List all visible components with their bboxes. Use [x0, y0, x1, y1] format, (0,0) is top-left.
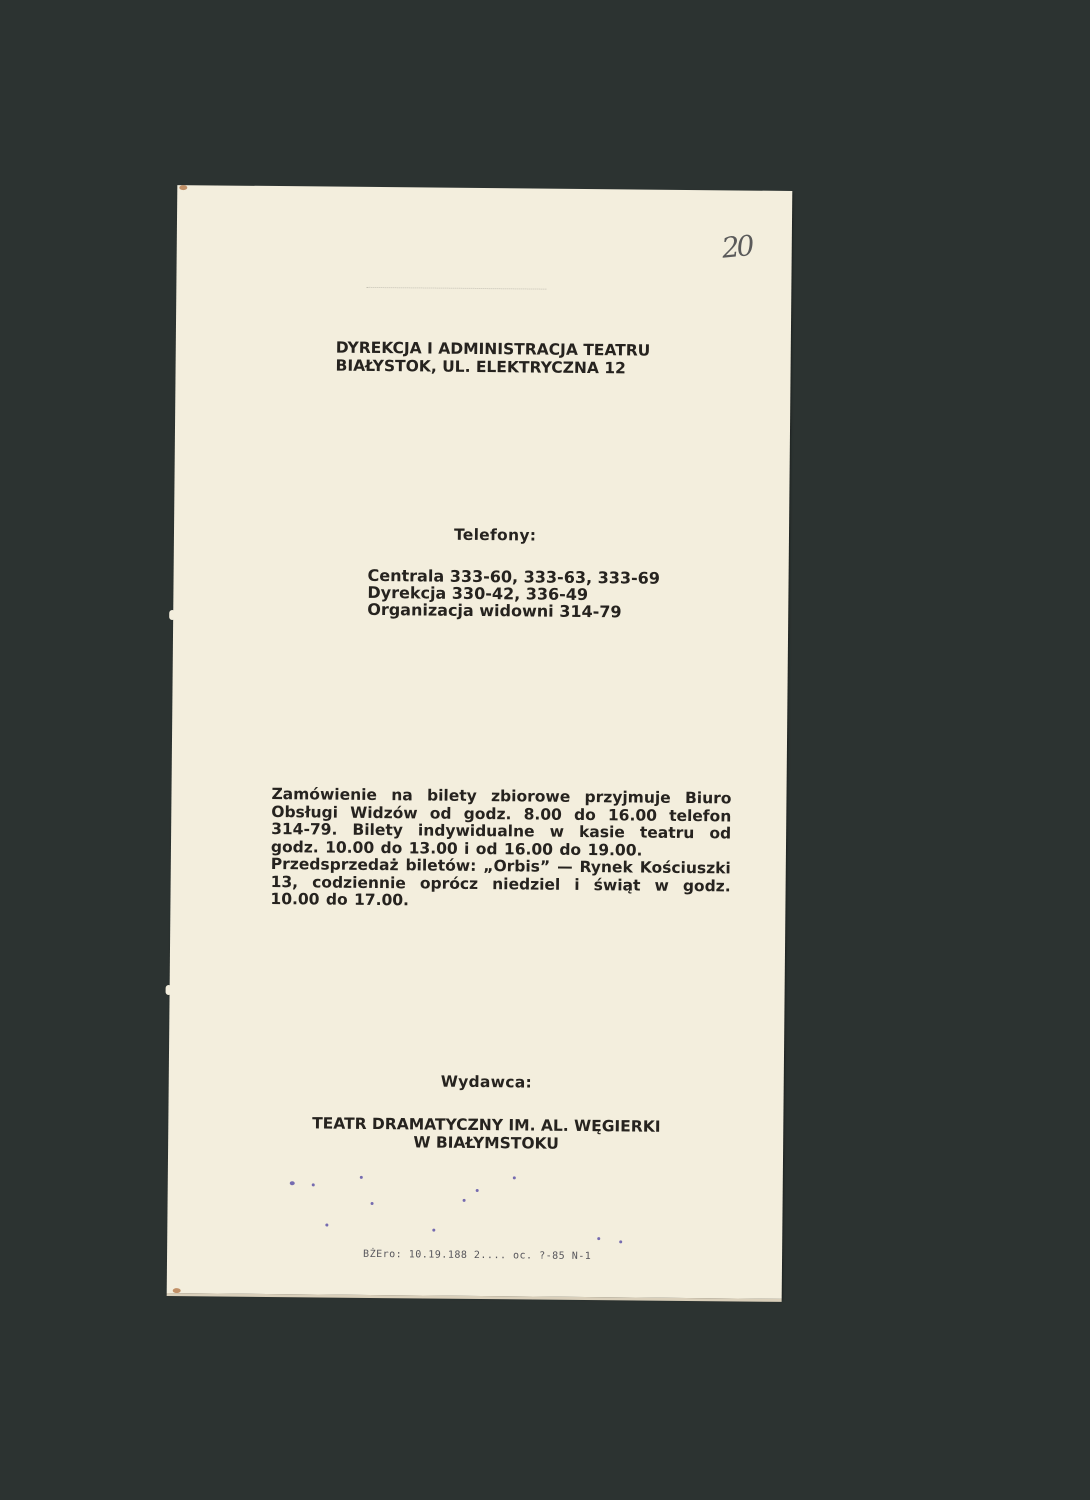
stamp-speck: [432, 1229, 435, 1232]
administration-heading: DYREKCJA I ADMINISTRACJA TEATRU BIAŁYSTO…: [336, 339, 651, 378]
corner-stain: [173, 1288, 181, 1293]
stamp-speck: [597, 1237, 600, 1240]
phones-list: Centrala 333-60, 333-63, 333-69 Dyrekcja…: [367, 567, 660, 621]
phones-title: Telefony:: [454, 526, 536, 545]
handwritten-page-number: 20: [720, 229, 753, 265]
stamp-speck: [463, 1199, 466, 1202]
publisher-name: TEATR DRAMATYCZNY IM. AL. WĘGIERKI W BIA…: [306, 1114, 666, 1153]
tickets-info: Zamówienie na bilety zbiorowe przyjmuje …: [270, 786, 731, 913]
publisher-line-2: W BIAŁYMSTOKU: [306, 1132, 666, 1153]
stamp-speck: [312, 1183, 315, 1186]
stamp-speck: [325, 1224, 328, 1227]
publisher-line-1: TEATR DRAMATYCZNY IM. AL. WĘGIERKI: [306, 1114, 666, 1135]
stamp-speck: [371, 1202, 374, 1205]
stamp-speck: [513, 1176, 516, 1179]
tickets-paragraph-presale: Przedsprzedaż biletów: „Orbis” — Rynek K…: [270, 856, 730, 913]
stamp-speck: [619, 1240, 622, 1243]
phone-line-audience: Organizacja widowni 314-79: [367, 601, 660, 621]
document-page: 20 DYREKCJA I ADMINISTRACJA TEATRU BIAŁY…: [167, 185, 793, 1299]
tickets-paragraph-orders: Zamówienie na bilety zbiorowe przyjmuje …: [271, 786, 732, 860]
heading-line-2: BIAŁYSTOK, UL. ELEKTRYCZNA 12: [336, 357, 651, 378]
corner-stain: [179, 185, 187, 190]
stamp-speck: [360, 1176, 363, 1179]
edge-nick: [169, 610, 175, 620]
faint-marks: [366, 287, 546, 290]
edge-nick: [166, 985, 172, 995]
archive-note: BŻEro: 10.19.188 2.... ос. ?-85 N-1: [363, 1249, 591, 1262]
publisher-label: Wydawca:: [441, 1073, 532, 1092]
faded-stamp: [267, 1161, 648, 1255]
stamp-speck: [476, 1189, 479, 1192]
stamp-speck: [290, 1181, 295, 1185]
